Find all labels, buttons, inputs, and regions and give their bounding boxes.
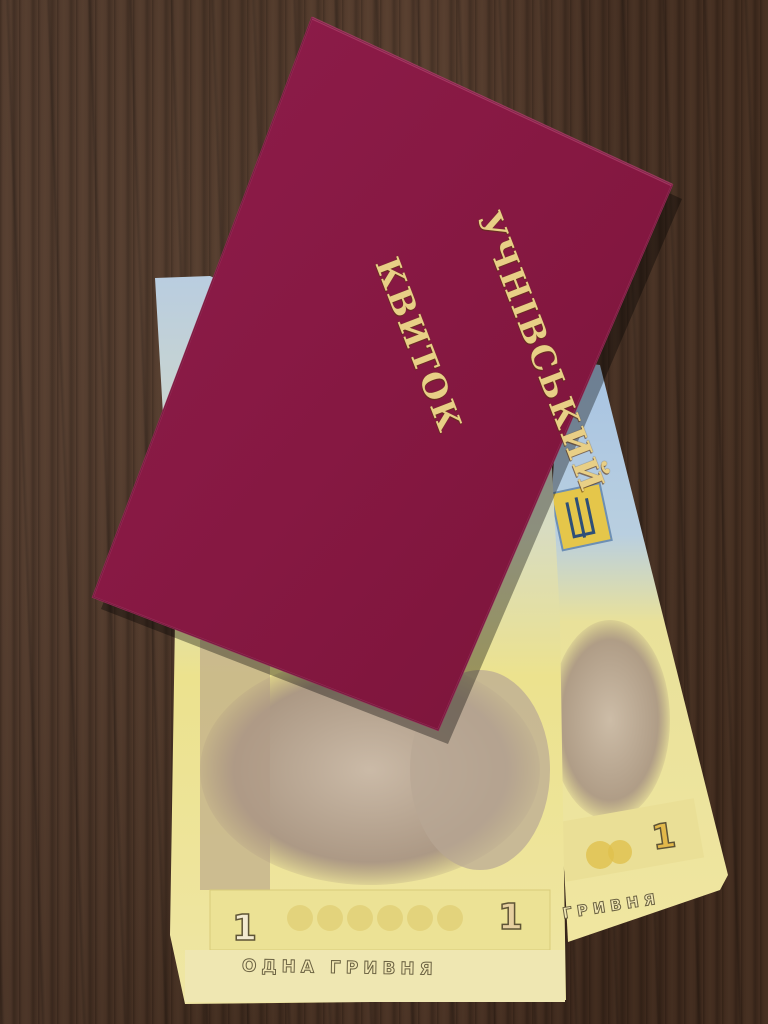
banknote-front-denomination-right: 1 [498, 897, 523, 938]
banknote-front-label: ОДНА ГРИВНЯ [242, 956, 438, 979]
banknote-front-denomination-left: 1 [232, 908, 257, 949]
scene-graphics [0, 0, 768, 1024]
